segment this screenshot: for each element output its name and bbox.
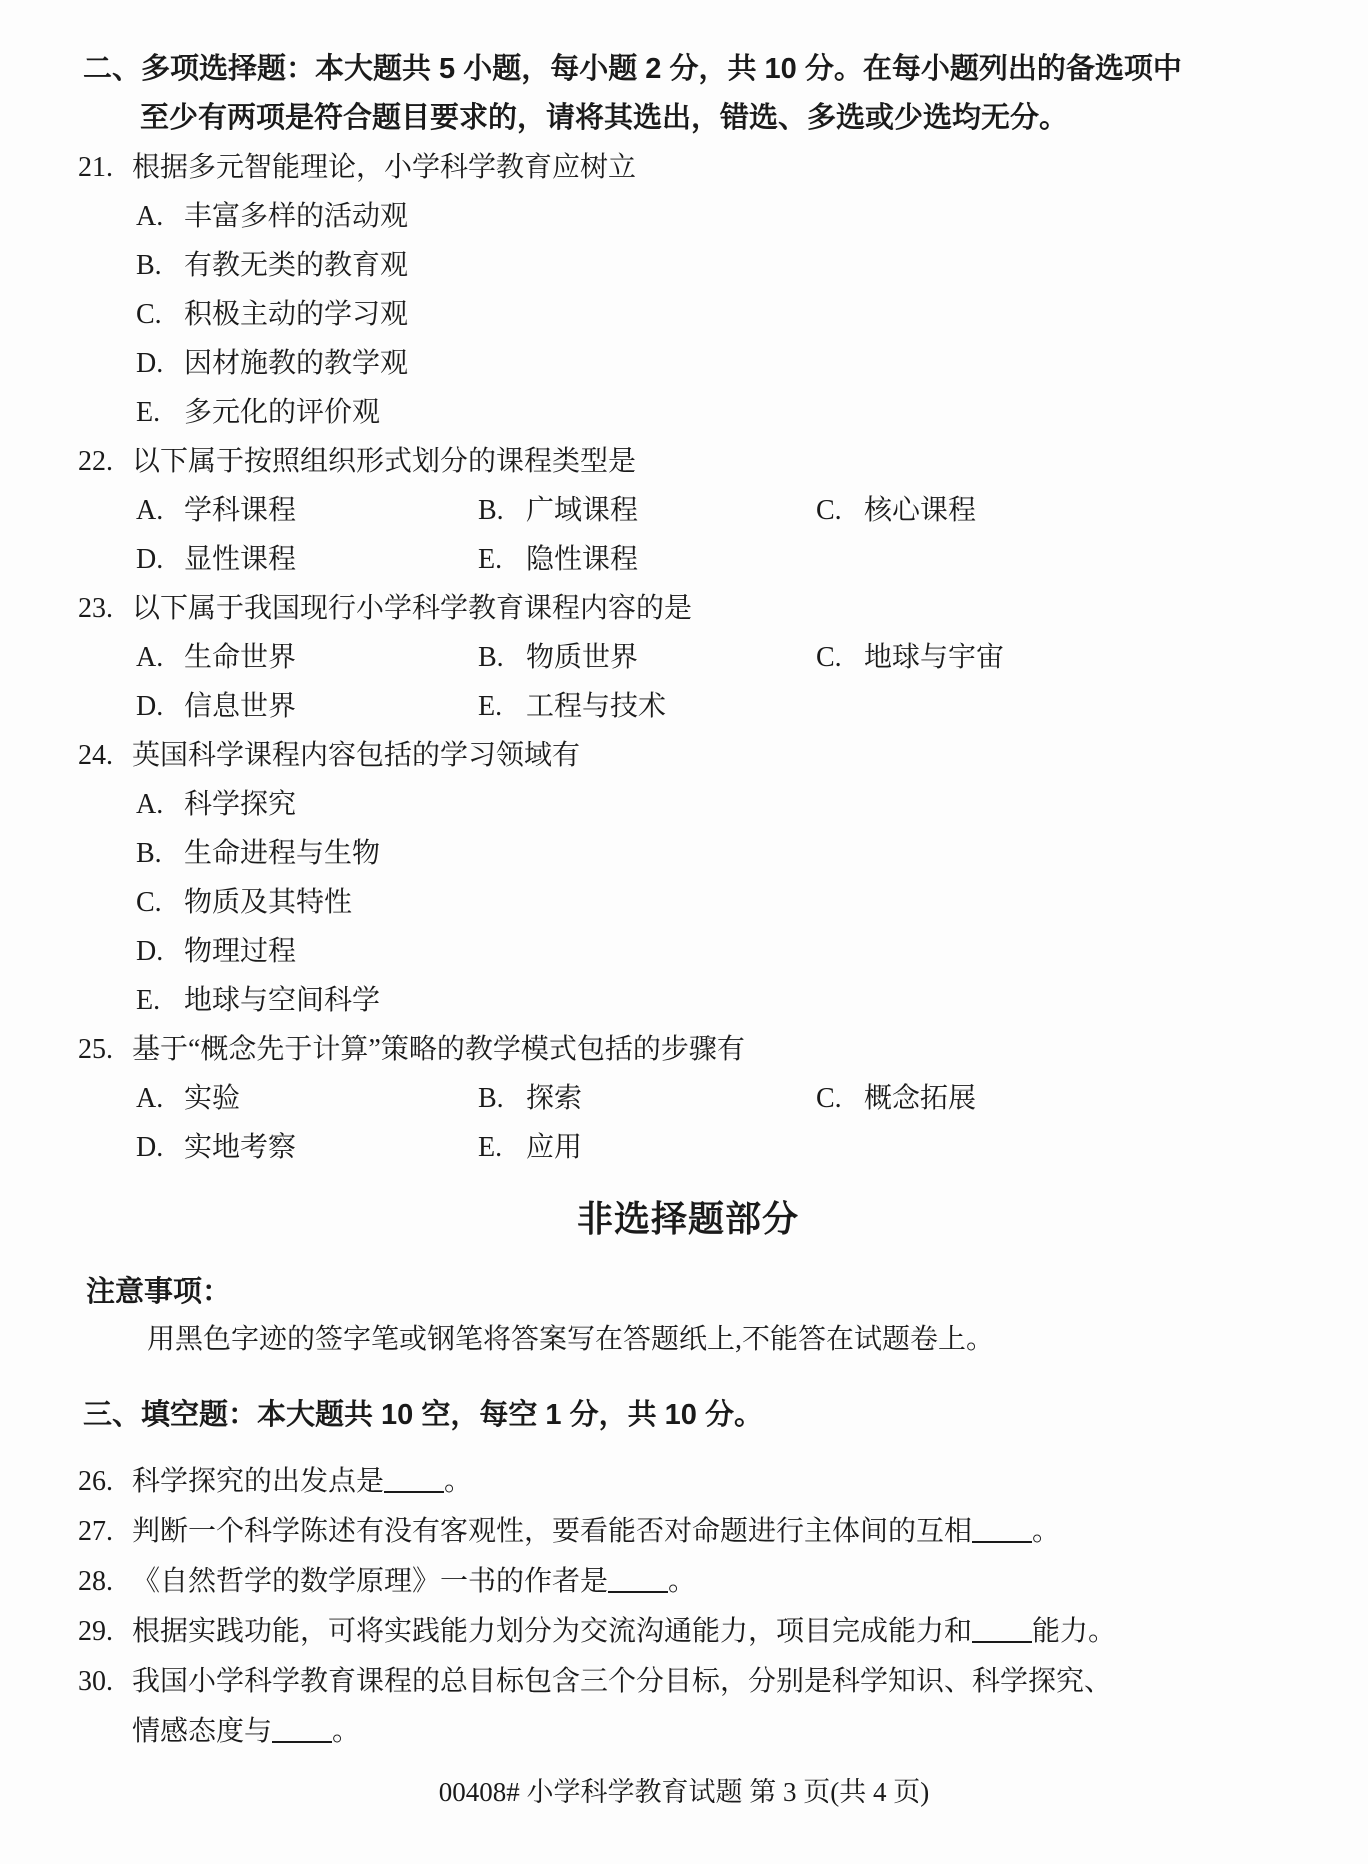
question-number: 22. — [78, 437, 132, 486]
option-b: B.广域课程 — [478, 486, 816, 535]
question-29: 29. 根据实践功能，可将实践能力划分为交流沟通能力，项目完成能力和能力。 — [78, 1607, 1298, 1657]
question-30-line2: 情感态度与。 — [132, 1707, 1298, 1757]
option-b: B.探索 — [478, 1074, 816, 1123]
option-text: 实验 — [184, 1083, 240, 1114]
option-a: A.丰富多样的活动观 — [136, 192, 1298, 241]
option-b: B.物质世界 — [478, 633, 816, 682]
question-21-options: A.丰富多样的活动观 B.有教无类的教育观 C.积极主动的学习观 D.因材施教的… — [136, 192, 1298, 437]
fill-in-section: 26. 科学探究的出发点是。 27. 判断一个科学陈述有没有客观性，要看能否对命… — [78, 1457, 1298, 1757]
question-27: 27. 判断一个科学陈述有没有客观性，要看能否对命题进行主体间的互相。 — [78, 1507, 1298, 1557]
question-25-options: A.实验 B.探索 C.概念拓展 D.实地考察 E.应用 — [136, 1074, 1298, 1172]
option-text: 物质世界 — [526, 642, 638, 673]
question-number: 21. — [78, 143, 132, 192]
question-30: 30. 我国小学科学教育课程的总目标包含三个分目标，分别是科学知识、科学探究、 … — [78, 1657, 1298, 1757]
option-e: E.隐性课程 — [478, 535, 816, 584]
option-c: C.概念拓展 — [816, 1074, 1298, 1123]
option-e: E.多元化的评价观 — [136, 388, 1298, 437]
option-c: C.核心课程 — [816, 486, 1298, 535]
option-letter: C. — [816, 1074, 846, 1123]
notice-text: 用黑色字迹的签字笔或钢笔将答案写在答题纸上,不能答在试题卷上。 — [147, 1316, 1298, 1364]
fill-post-text: 。 — [668, 1566, 696, 1597]
options-row-2: D.实地考察 E.应用 — [136, 1123, 1298, 1172]
question-text: 根据多元智能理论，小学科学教育应树立 — [132, 143, 1298, 192]
question-28: 28. 《自然哲学的数学原理》一书的作者是。 — [78, 1557, 1298, 1607]
option-letter: C. — [136, 290, 166, 339]
section3-header: 三、填空题：本大题共 10 空，每空 1 分，共 10 分。 — [83, 1391, 1298, 1439]
option-letter: D. — [136, 682, 166, 731]
option-e: E.工程与技术 — [478, 682, 816, 731]
option-text: 因材施教的教学观 — [184, 348, 408, 379]
option-a: A.实验 — [136, 1074, 478, 1123]
option-letter: A. — [136, 486, 166, 535]
question-25: 25. 基于“概念先于计算”策略的教学模式包括的步骤有 A.实验 B.探索 C.… — [78, 1025, 1298, 1172]
answer-blank — [272, 1731, 332, 1743]
option-letter: A. — [136, 1074, 166, 1123]
option-d: D.信息世界 — [136, 682, 478, 731]
question-24: 24. 英国科学课程内容包括的学习领域有 A.科学探究 B.生命进程与生物 C.… — [78, 731, 1298, 1025]
option-d: D.实地考察 — [136, 1123, 478, 1172]
option-letter: A. — [136, 633, 166, 682]
question-26: 26. 科学探究的出发点是。 — [78, 1457, 1298, 1507]
option-letter: E. — [478, 535, 508, 584]
option-text: 物质及其特性 — [184, 887, 352, 918]
option-text: 生命进程与生物 — [184, 838, 380, 869]
option-e: E.地球与空间科学 — [136, 976, 1298, 1025]
fill-pre-text: 情感态度与 — [132, 1716, 272, 1747]
question-24-stem: 24. 英国科学课程内容包括的学习领域有 — [78, 731, 1298, 780]
option-letter: B. — [478, 486, 508, 535]
question-23-options: A.生命世界 B.物质世界 C.地球与宇宙 D.信息世界 E.工程与技术 — [136, 633, 1298, 731]
question-number: 28. — [78, 1557, 132, 1607]
question-23-stem: 23. 以下属于我国现行小学科学教育课程内容的是 — [78, 584, 1298, 633]
option-text: 学科课程 — [184, 495, 296, 526]
section2-header: 二、多项选择题：本大题共 5 小题，每小题 2 分，共 10 分。在每小题列出的… — [78, 45, 1298, 143]
answer-blank — [608, 1581, 668, 1593]
option-text: 实地考察 — [184, 1132, 296, 1163]
question-text: 《自然哲学的数学原理》一书的作者是。 — [132, 1557, 1298, 1607]
option-text: 物理过程 — [184, 936, 296, 967]
option-letter: C. — [136, 878, 166, 927]
option-text: 应用 — [526, 1132, 582, 1163]
fill-pre-text: 《自然哲学的数学原理》一书的作者是 — [132, 1566, 608, 1597]
option-text: 有教无类的教育观 — [184, 250, 408, 281]
question-text: 以下属于按照组织形式划分的课程类型是 — [132, 437, 1298, 486]
question-25-stem: 25. 基于“概念先于计算”策略的教学模式包括的步骤有 — [78, 1025, 1298, 1074]
answer-blank — [384, 1481, 444, 1493]
answer-blank — [972, 1531, 1032, 1543]
question-text: 科学探究的出发点是。 — [132, 1457, 1298, 1507]
question-number: 23. — [78, 584, 132, 633]
fill-pre-text: 科学探究的出发点是 — [132, 1466, 384, 1497]
option-text: 广域课程 — [526, 495, 638, 526]
option-text: 多元化的评价观 — [184, 397, 380, 428]
question-text: 根据实践功能，可将实践能力划分为交流沟通能力，项目完成能力和能力。 — [132, 1607, 1298, 1657]
non-mc-section-heading: 非选择题部分 — [78, 1197, 1298, 1241]
options-row-1: A.生命世界 B.物质世界 C.地球与宇宙 — [136, 633, 1298, 682]
option-d: D.显性课程 — [136, 535, 478, 584]
question-22-stem: 22. 以下属于按照组织形式划分的课程类型是 — [78, 437, 1298, 486]
option-letter: E. — [478, 682, 508, 731]
fill-post-text: 。 — [444, 1466, 472, 1497]
fill-pre-text: 根据实践功能，可将实践能力划分为交流沟通能力，项目完成能力和 — [132, 1616, 972, 1647]
option-text: 信息世界 — [184, 691, 296, 722]
option-text: 显性课程 — [184, 544, 296, 575]
question-22: 22. 以下属于按照组织形式划分的课程类型是 A.学科课程 B.广域课程 C.核… — [78, 437, 1298, 584]
option-a: A.生命世界 — [136, 633, 478, 682]
option-a: A.科学探究 — [136, 780, 1298, 829]
option-letter: B. — [478, 1074, 508, 1123]
question-21-stem: 21. 根据多元智能理论，小学科学教育应树立 — [78, 143, 1298, 192]
question-number: 27. — [78, 1507, 132, 1557]
question-21: 21. 根据多元智能理论，小学科学教育应树立 A.丰富多样的活动观 B.有教无类… — [78, 143, 1298, 437]
question-number: 30. — [78, 1657, 132, 1707]
question-22-options: A.学科课程 B.广域课程 C.核心课程 D.显性课程 E.隐性课程 — [136, 486, 1298, 584]
page-content: 二、多项选择题：本大题共 5 小题，每小题 2 分，共 10 分。在每小题列出的… — [0, 0, 1368, 1757]
option-b: B.有教无类的教育观 — [136, 241, 1298, 290]
option-letter: E. — [478, 1123, 508, 1172]
option-text: 地球与空间科学 — [184, 985, 380, 1016]
fill-post-text: 。 — [1032, 1516, 1060, 1547]
option-text: 生命世界 — [184, 642, 296, 673]
option-letter: D. — [136, 1123, 166, 1172]
option-c: C.物质及其特性 — [136, 878, 1298, 927]
question-text: 以下属于我国现行小学科学教育课程内容的是 — [132, 584, 1298, 633]
option-letter: C. — [816, 486, 846, 535]
option-letter: B. — [478, 633, 508, 682]
option-a: A.学科课程 — [136, 486, 478, 535]
option-text: 核心课程 — [864, 495, 976, 526]
option-e: E.应用 — [478, 1123, 816, 1172]
fill-pre-text: 判断一个科学陈述有没有客观性，要看能否对命题进行主体间的互相 — [132, 1516, 972, 1547]
options-row-2: D.信息世界 E.工程与技术 — [136, 682, 1298, 731]
fill-post-text: 。 — [332, 1716, 360, 1747]
question-30-line1: 30. 我国小学科学教育课程的总目标包含三个分目标，分别是科学知识、科学探究、 — [78, 1657, 1298, 1707]
question-number: 29. — [78, 1607, 132, 1657]
options-row-1: A.学科课程 B.广域课程 C.核心课程 — [136, 486, 1298, 535]
option-letter: D. — [136, 927, 166, 976]
answer-blank — [972, 1631, 1032, 1643]
option-text: 科学探究 — [184, 789, 296, 820]
option-text: 工程与技术 — [526, 691, 666, 722]
option-letter: C. — [816, 633, 846, 682]
question-23: 23. 以下属于我国现行小学科学教育课程内容的是 A.生命世界 B.物质世界 C… — [78, 584, 1298, 731]
question-number: 25. — [78, 1025, 132, 1074]
question-text: 我国小学科学教育课程的总目标包含三个分目标，分别是科学知识、科学探究、 — [132, 1657, 1298, 1707]
option-text: 积极主动的学习观 — [184, 299, 408, 330]
section2-header-line1: 二、多项选择题：本大题共 5 小题，每小题 2 分，共 10 分。在每小题列出的… — [83, 45, 1298, 94]
option-c: C.地球与宇宙 — [816, 633, 1298, 682]
option-letter: A. — [136, 192, 166, 241]
option-letter: D. — [136, 535, 166, 584]
question-text: 基于“概念先于计算”策略的教学模式包括的步骤有 — [132, 1025, 1298, 1074]
option-text: 丰富多样的活动观 — [184, 201, 408, 232]
question-text: 判断一个科学陈述有没有客观性，要看能否对命题进行主体间的互相。 — [132, 1507, 1298, 1557]
question-number: 26. — [78, 1457, 132, 1507]
option-letter: A. — [136, 780, 166, 829]
option-letter: B. — [136, 829, 166, 878]
exam-paper-page: 二、多项选择题：本大题共 5 小题，每小题 2 分，共 10 分。在每小题列出的… — [0, 0, 1368, 1864]
option-text: 隐性课程 — [526, 544, 638, 575]
options-row-2: D.显性课程 E.隐性课程 — [136, 535, 1298, 584]
option-b: B.生命进程与生物 — [136, 829, 1298, 878]
notice-label: 注意事项： — [86, 1268, 1298, 1316]
option-text: 概念拓展 — [864, 1083, 976, 1114]
section2-header-line2: 至少有两项是符合题目要求的，请将其选出，错选、多选或少选均无分。 — [140, 94, 1298, 143]
question-number: 24. — [78, 731, 132, 780]
option-letter: E. — [136, 976, 166, 1025]
option-letter: E. — [136, 388, 166, 437]
question-text: 英国科学课程内容包括的学习领域有 — [132, 731, 1298, 780]
option-letter: D. — [136, 339, 166, 388]
option-letter: B. — [136, 241, 166, 290]
page-footer: 00408# 小学科学教育试题 第 3 页(共 4 页) — [0, 1772, 1368, 1812]
options-row-1: A.实验 B.探索 C.概念拓展 — [136, 1074, 1298, 1123]
fill-post-text: 能力。 — [1032, 1616, 1116, 1647]
question-24-options: A.科学探究 B.生命进程与生物 C.物质及其特性 D.物理过程 E.地球与空间… — [136, 780, 1298, 1025]
notice-block: 注意事项： 用黑色字迹的签字笔或钢笔将答案写在答题纸上,不能答在试题卷上。 — [78, 1268, 1298, 1364]
option-d: D.因材施教的教学观 — [136, 339, 1298, 388]
option-c: C.积极主动的学习观 — [136, 290, 1298, 339]
option-text: 地球与宇宙 — [864, 642, 1004, 673]
option-d: D.物理过程 — [136, 927, 1298, 976]
option-text: 探索 — [526, 1083, 582, 1114]
